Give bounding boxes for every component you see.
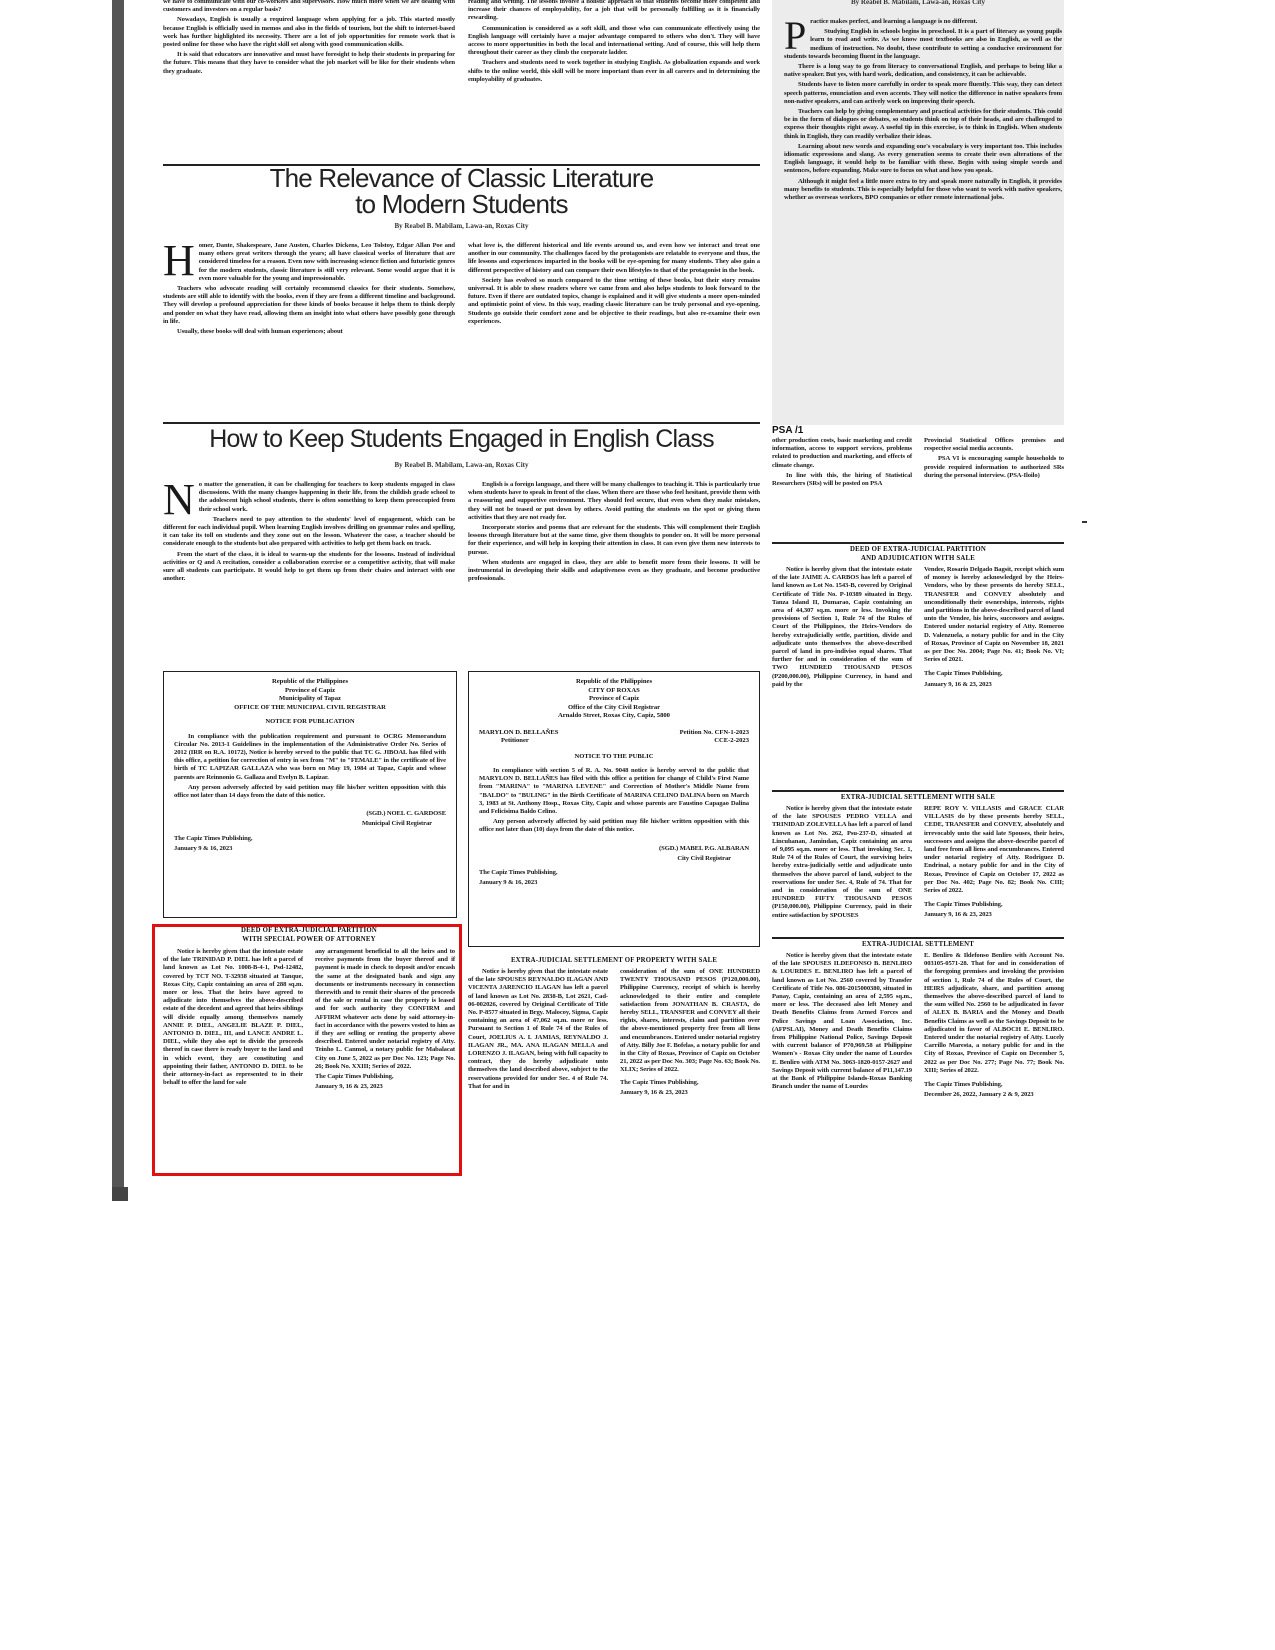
notice-box-tapaz: Republic of the Philippines Province of … (163, 671, 457, 918)
petition-number: CCE-2-2023 (680, 737, 749, 745)
paragraph: It is said that educators are innovative… (163, 51, 455, 76)
highlight-selection-box[interactable] (152, 924, 462, 1176)
paragraph: There is a long way to go from literacy … (784, 63, 1062, 79)
paragraph: Vendee, Rosario Delgado Bagsit, receipt … (924, 566, 1064, 664)
ejs-property-right: consideration of the sum of ONE HUNDRED … (620, 968, 760, 1099)
paragraph: Society has evolved so much compared to … (468, 277, 760, 326)
section-divider (772, 937, 1064, 939)
ejs-settlement-right: E. Benliro & Ildefonso Benliro with Acco… (924, 952, 1064, 1101)
deed-partition-right: Vendee, Rosario Delgado Bagsit, receipt … (924, 566, 1064, 691)
dropcap: N (163, 483, 195, 517)
dropcap: P (784, 20, 806, 52)
notice-box-roxas: Republic of the Philippines CITY OF ROXA… (468, 671, 760, 947)
header-line: Republic of the Philippines (479, 678, 749, 687)
deed-partition-left: Notice is hereby given that the intestat… (772, 566, 912, 691)
classic-right-column: what love is, the different historical a… (468, 242, 760, 328)
paragraph: Notice is hereby given that the intestat… (772, 952, 912, 1091)
petitioner-name: MARYLON D. BELLAÑES (479, 729, 558, 737)
sidebar-body: Practice makes perfect, and learning a l… (784, 18, 1062, 204)
psa-right-column: Provincial Statistical Offices premises … (924, 437, 1064, 482)
ejs-with-sale-left: Notice is hereby given that the intestat… (772, 805, 912, 922)
ejs-with-sale-right: REPE ROY V. VILLASIS and GRACE CLAR VILL… (924, 805, 1064, 922)
paragraph: PSA VI is encouraging sample households … (924, 455, 1064, 480)
paragraph: we have to communicate with our co-worke… (163, 0, 455, 14)
header-line: Republic of the Philippines (174, 678, 446, 687)
petition-info: MARYLON D. BELLAÑES Petitioner Petition … (479, 729, 749, 745)
title-line: DEED OF EXTRA-JUDICIAL PARTITION (772, 545, 1064, 554)
top-fragment-right: reading and writing. The lessons involve… (468, 0, 760, 86)
header-line: Arnaldo Street, Roxas City, Capiz, 5800 (479, 712, 749, 721)
classic-left-column: Homer, Dante, Shakespeare, Jane Austen, … (163, 242, 455, 338)
publisher: The Capiz Times Publishing, (174, 835, 446, 843)
ejs-settlement-left: Notice is hereby given that the intestat… (772, 952, 912, 1093)
top-fragment-left: we have to communicate with our co-worke… (163, 0, 455, 78)
paragraph: Learning about new words and expanding o… (784, 143, 1062, 176)
publication-dates: January 9 & 16, 2023 (479, 879, 749, 887)
paragraph: Teachers can help by giving complementar… (784, 108, 1062, 141)
paragraph: Usually, these books will deal with huma… (163, 328, 455, 336)
notice-title: NOTICE TO THE PUBLIC (479, 753, 749, 762)
margin-mark (1082, 521, 1087, 523)
header-line: Province of Capiz (174, 687, 446, 696)
deed-partition-title: DEED OF EXTRA-JUDICIAL PARTITION AND ADJ… (772, 545, 1064, 563)
ejs-with-sale-title: EXTRA-JUDICIAL SETTLEMENT WITH SALE (772, 793, 1064, 802)
paragraph: other production costs, basic marketing … (772, 437, 912, 470)
publisher: The Capiz Times Publishing, (479, 869, 749, 877)
headline-line: The Relevance of Classic Literature (163, 165, 760, 191)
header-line: Municipality of Tapaz (174, 695, 446, 704)
paragraph: Teachers and students need to work toget… (468, 59, 760, 84)
petitioner-label: Petitioner (479, 737, 558, 745)
publication-dates: January 9 & 16, 2023 (174, 845, 446, 853)
ejs-property-left: Notice is hereby given that the intestat… (468, 968, 608, 1093)
paragraph: Students have to listen more carefully i… (784, 81, 1062, 106)
byline: By Reabel B. Mabilam, Lawa-an, Roxas Cit… (163, 222, 760, 230)
headline-line: to Modern Students (163, 191, 760, 217)
paragraph: Although it might feel a little more ext… (784, 178, 1062, 203)
paragraph: E. Benliro & Ildefonso Benliro with Acco… (924, 952, 1064, 1075)
publication-dates: December 26, 2022, January 2 & 9, 2023 (924, 1091, 1064, 1099)
ejs-settlement-title: EXTRA-JUDICIAL SETTLEMENT (772, 940, 1064, 949)
petition-number-block: Petition No. CFN-1-2023 CCE-2-2023 (680, 729, 749, 745)
section-divider (772, 790, 1064, 792)
publisher: The Capiz Times Publishing, (924, 1081, 1064, 1089)
paragraph: omer, Dante, Shakespeare, Jane Austen, C… (199, 242, 455, 282)
paragraph: Notice is hereby given that the intestat… (772, 805, 912, 920)
notice-header: Republic of the Philippines Province of … (174, 678, 446, 712)
title-line: AND ADJUDICATION WITH SALE (772, 554, 1064, 563)
section-divider (772, 542, 1064, 544)
publication-dates: January 9, 16 & 23, 2023 (924, 911, 1064, 919)
sidebar-article: By Reabel B. Mabilam, Lawa-an, Roxas Cit… (772, 0, 1064, 425)
petitioner-block: MARYLON D. BELLAÑES Petitioner (479, 729, 558, 745)
page-edge-tip (112, 1187, 128, 1201)
publisher: The Capiz Times Publishing, (620, 1079, 760, 1087)
headline-classic-literature: The Relevance of Classic Literature to M… (163, 165, 760, 217)
psa-jump-label: PSA /1 (772, 425, 1064, 436)
notice-header: Republic of the Philippines CITY OF ROXA… (479, 678, 749, 721)
header-line: Province of Capiz (479, 695, 749, 704)
page-edge-shadow (112, 0, 124, 1187)
notice-title: NOTICE FOR PUBLICATION (174, 718, 446, 727)
paragraph: what love is, the different historical a… (468, 242, 760, 275)
paragraph: In compliance with the publication requi… (174, 733, 446, 782)
paragraph: Incorporate stories and poems that are r… (468, 524, 760, 557)
paragraph: Notice is hereby given that the intestat… (772, 566, 912, 689)
header-line: OFFICE OF THE MUNICIPAL CIVIL REGISTRAR (174, 704, 446, 713)
paragraph: Any person adversely affected by said pe… (479, 818, 749, 834)
paragraph: Nowadays, English is usually a required … (163, 16, 455, 49)
signature-title: City Civil Registrar (479, 855, 749, 863)
byline: By Reabel B. Mabilam, Lawa-an, Roxas Cit… (772, 0, 1064, 6)
byline: By Reabel B. Mabilam, Lawa-an, Roxas Cit… (163, 461, 760, 469)
publication-dates: January 9, 16 & 23, 2023 (924, 681, 1064, 689)
paragraph: When students are engaged in class, they… (468, 559, 760, 584)
paragraph: consideration of the sum of ONE HUNDRED … (620, 968, 760, 1075)
paragraph: Teachers need to pay attention to the st… (163, 516, 455, 549)
headline-engaged: How to Keep Students Engaged in English … (163, 424, 760, 454)
paragraph: Notice is hereby given that the intestat… (468, 968, 608, 1091)
notice-body: In compliance with the publication requi… (174, 733, 446, 853)
signature-name: (SGD.) NOEL C. GARDOSE (174, 810, 446, 818)
header-line: Office of the City Civil Registrar (479, 704, 749, 713)
signature-name: (SGD.) MABEL P.G. ALBARAN (479, 845, 749, 853)
paragraph: In compliance with section 5 of R. A. No… (479, 767, 749, 816)
psa-left-column: other production costs, basic marketing … (772, 437, 912, 490)
header-line: CITY OF ROXAS (479, 687, 749, 696)
signature-title: Municipal Civil Registrar (174, 820, 446, 828)
paragraph: From the start of the class, it is ideal… (163, 551, 455, 584)
publication-dates: January 9, 16 & 23, 2023 (620, 1089, 760, 1097)
publisher: The Capiz Times Publishing, (924, 670, 1064, 678)
paragraph: ractice makes perfect, and learning a la… (810, 18, 977, 25)
paragraph: Any person adversely affected by said pe… (174, 784, 446, 800)
paragraph: o matter the generation, it can be chall… (199, 481, 455, 513)
paragraph: In line with this, the hiring of Statist… (772, 472, 912, 488)
publisher: The Capiz Times Publishing, (924, 901, 1064, 909)
paragraph: Provincial Statistical Offices premises … (924, 437, 1064, 453)
paragraph: English is a foreign language, and there… (468, 481, 760, 522)
notice-body: In compliance with section 5 of R. A. No… (479, 767, 749, 887)
engaged-right-column: English is a foreign language, and there… (468, 481, 760, 585)
ejs-property-sale-title: EXTRA-JUDICIAL SETTLEMENT OF PROPERTY WI… (468, 956, 760, 965)
paragraph: Communication is considered as a soft sk… (468, 25, 760, 58)
dropcap: H (163, 244, 195, 278)
petition-number: Petition No. CFN-1-2023 (680, 729, 749, 737)
paragraph: REPE ROY V. VILLASIS and GRACE CLAR VILL… (924, 805, 1064, 895)
engaged-left-column: No matter the generation, it can be chal… (163, 481, 455, 585)
paragraph: Studying English in schools begins in pr… (784, 28, 1062, 61)
paragraph: reading and writing. The lessons involve… (468, 0, 760, 23)
paragraph: Teachers who advocate reading will certa… (163, 285, 455, 326)
